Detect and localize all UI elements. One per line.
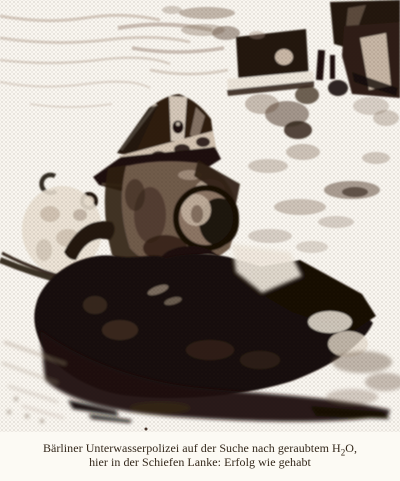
- caption-text-1: Bärliner Unterwasserpolizei auf der Such…: [43, 441, 341, 455]
- photo-illustration: [0, 0, 400, 432]
- photo-underwater-police: [0, 0, 400, 432]
- dock-structure: [227, 0, 400, 104]
- print-speck: [145, 428, 148, 431]
- water-ripples-right: [245, 94, 399, 253]
- caption-text-1b: O,: [345, 441, 357, 455]
- caption-line-1: Bärliner Unterwasserpolizei auf der Such…: [0, 441, 400, 455]
- photo-caption: Bärliner Unterwasserpolizei auf der Such…: [0, 441, 400, 469]
- water-ripples-top: [0, 6, 240, 107]
- book-page: Bärliner Unterwasserpolizei auf der Such…: [0, 0, 400, 469]
